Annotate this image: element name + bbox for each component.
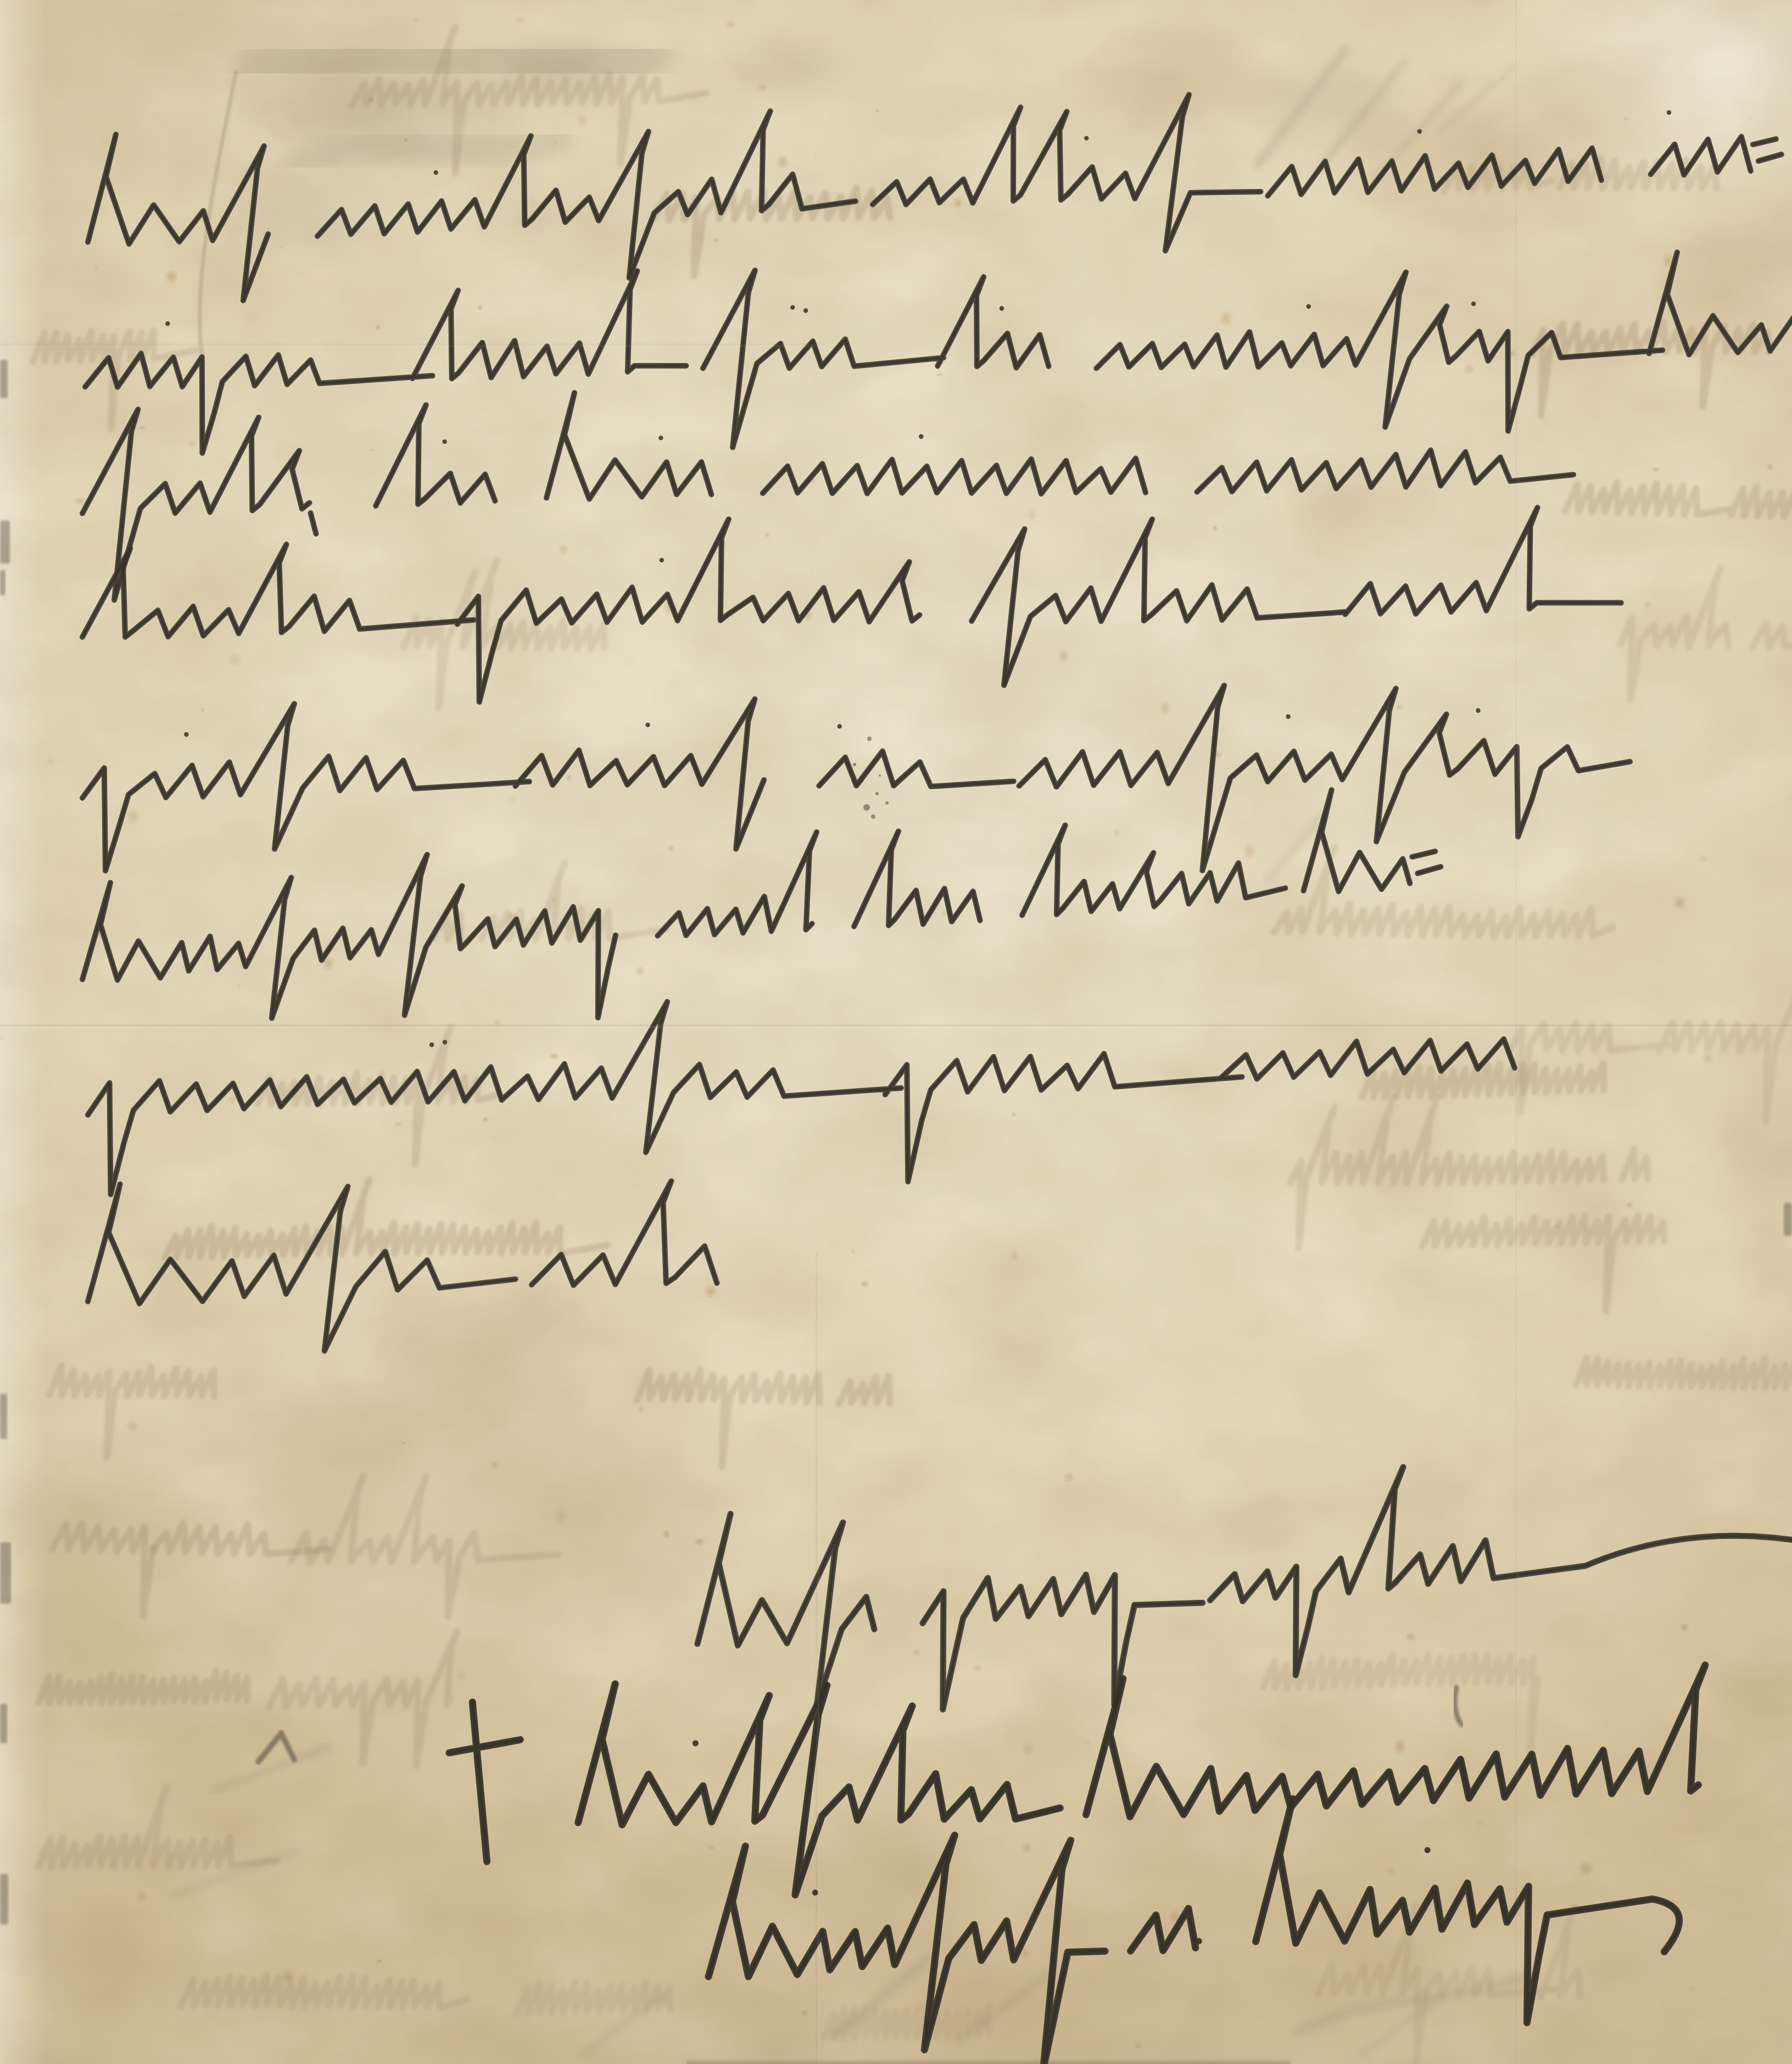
letter-page: Handwritten letter (aged scanned page) G… xyxy=(0,0,1792,2064)
paper-grain xyxy=(0,0,1792,2064)
paper-texture xyxy=(0,0,1792,2064)
